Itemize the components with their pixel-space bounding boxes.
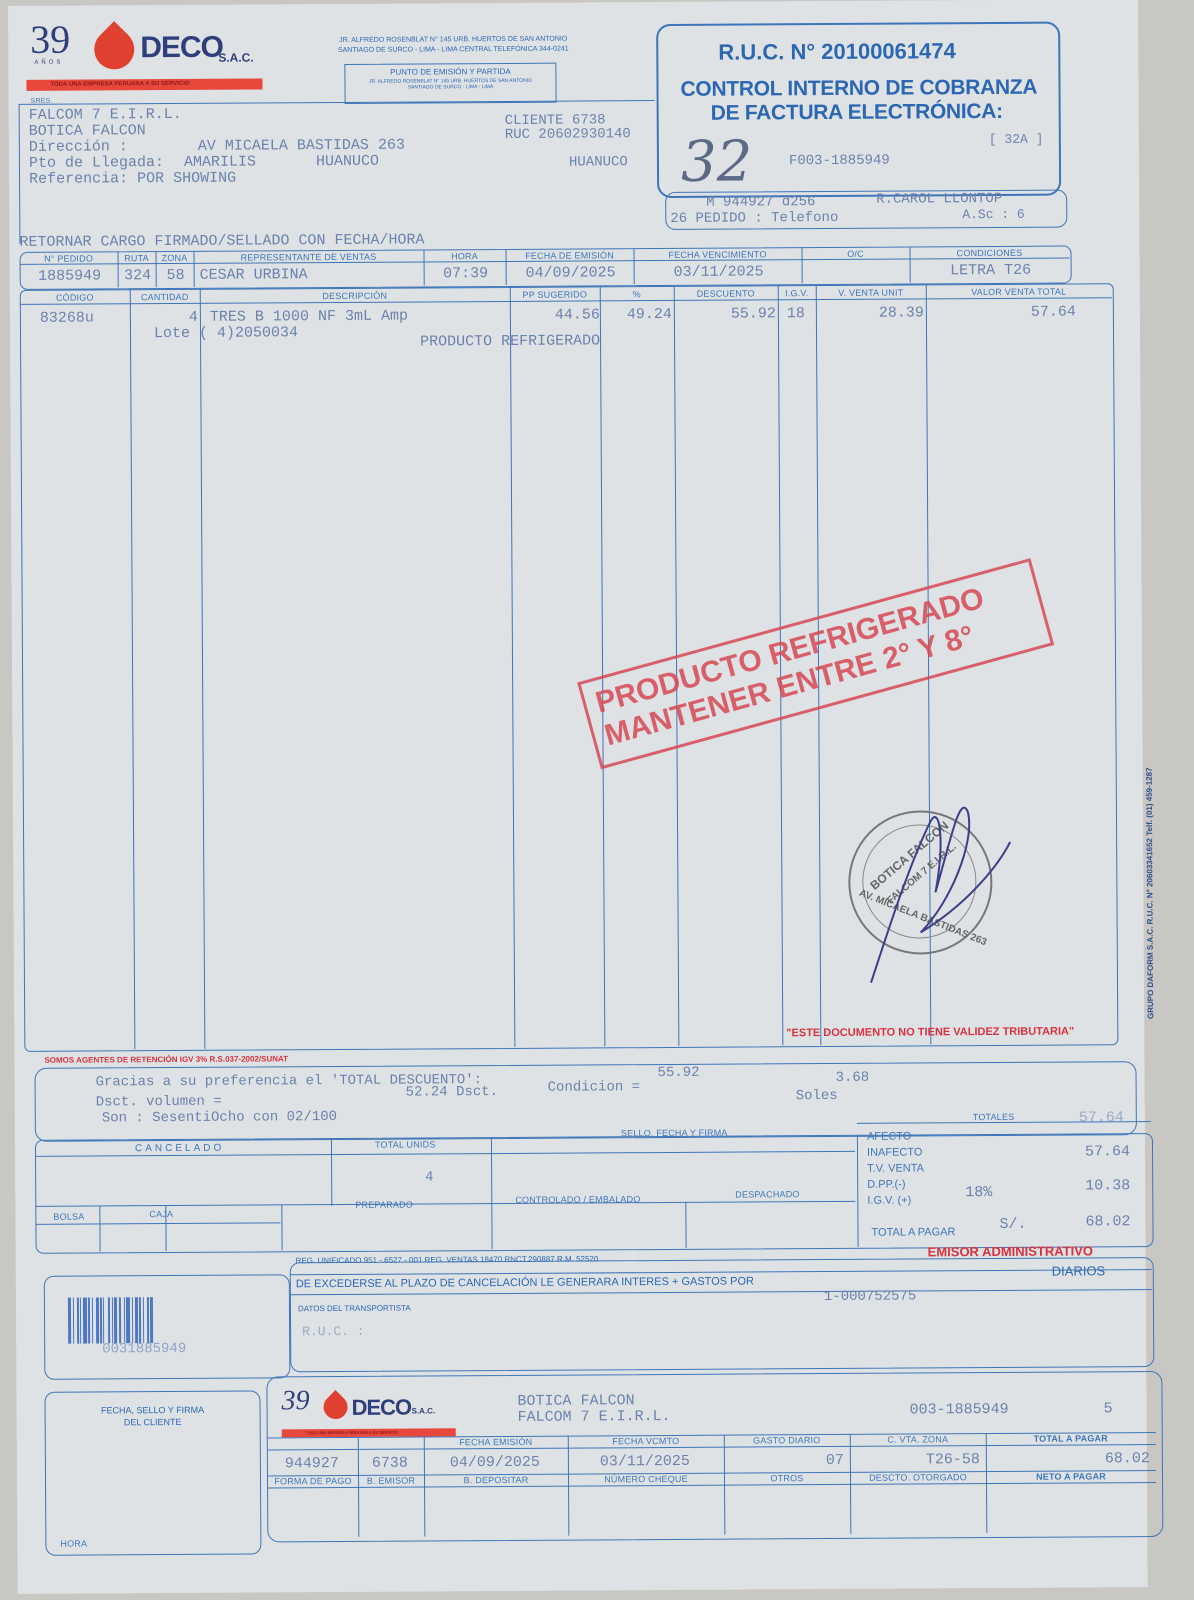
- stub-value: 6738: [362, 1455, 418, 1472]
- client-sign-label-2: DEL CLIENTE: [46, 1415, 260, 1428]
- validity-note: "ESTE DOCUMENTO NO TIENE VALIDEZ TRIBUTA…: [786, 1026, 1074, 1040]
- order-rep: R.CAROL LLONTOP: [876, 191, 1002, 208]
- stub-header: GASTO DIARIO: [724, 1435, 850, 1446]
- order-header-label: FECHA VENCIMIENTO: [634, 249, 802, 260]
- customer-reference-row: Referencia: POR SHOWING: [29, 170, 405, 188]
- order-asc: A.Sc : 6: [962, 207, 1025, 222]
- printer-side-text: GRUPO DAFORM S.A.C. R.U.C. N° 2060334165…: [1145, 767, 1156, 1019]
- items-header-1: CANTIDAD: [130, 292, 200, 302]
- stub-logo-suffix: S.A.C.: [412, 1406, 436, 1415]
- order-info-box: M 944927 d256 R.CAROL LLONTOP 26 PEDIDO …: [665, 190, 1067, 230]
- sello-label: SELLO, FECHA Y FIRMA: [621, 1128, 728, 1139]
- registry-line: REG. UNIFICADO 951 - 6527 - 001 REG. VEN…: [296, 1254, 599, 1265]
- order-header-label: FECHA DE EMISIÓN: [506, 250, 634, 261]
- notes-box: Gracias a su preferencia el 'TOTAL DESCU…: [34, 1061, 1136, 1142]
- stub-doc-suffix: 5: [1104, 1400, 1113, 1417]
- stub-header: NÚMERO CHEQUE: [568, 1474, 724, 1485]
- handwritten-number: 32: [681, 129, 753, 194]
- stub-name-line2: FALCOM 7 E.I.R.L.: [518, 1409, 671, 1426]
- barcode-number: 0031885949: [102, 1341, 186, 1358]
- item-descripcion: TRES B 1000 NF 3mL Amp: [210, 307, 510, 326]
- logo-tagline: TODA UNA EMPRESA PERUANA A SU SERVICIO: [26, 78, 262, 90]
- items-header-6: I.G.V.: [778, 288, 816, 298]
- dpp-label: D.PP.(-): [867, 1176, 924, 1192]
- notes-total-descuento: 55.92: [657, 1065, 699, 1081]
- notes-condicion: Condicion =: [548, 1079, 641, 1096]
- transportista-code: 1-000752575: [824, 1288, 917, 1305]
- stub-header: FECHA EMISIÓN: [424, 1437, 568, 1448]
- item-descuento: 55.92: [674, 305, 776, 323]
- igv-label: I.G.V. (+): [867, 1192, 924, 1208]
- return-note: RETORNAR CARGO FIRMADO/SELLADO CON FECHA…: [19, 231, 424, 250]
- referencia-label: Referencia:: [29, 170, 128, 188]
- stub-value: 04/09/2025: [428, 1454, 562, 1472]
- order-header-label: REPRESENTANTE DE VENTAS: [194, 251, 424, 262]
- tv-venta-label: T.V. VENTA: [867, 1160, 924, 1176]
- despachado-label: DESPACHADO: [735, 1189, 799, 1199]
- signature-icon: [850, 782, 1021, 993]
- items-header-4: %: [600, 289, 674, 299]
- igv-rate: 18%: [965, 1184, 992, 1201]
- stub-header: FECHA VCMTO: [568, 1436, 724, 1447]
- transportista-ruc-label: R.U.C. :: [302, 1324, 365, 1339]
- ruc-box: R.U.C. N° 20100061474 CONTROL INTERNO DE…: [656, 22, 1061, 198]
- stub-grid: 944927FORMA DE PAGO6738B. EMISORFECHA EM…: [267, 1372, 1161, 1377]
- stub-logo-drop-icon: [319, 1390, 353, 1424]
- caja-label: CAJA: [149, 1209, 173, 1219]
- address-line: SANTIAGO DE SURCO - LIMA - LIMA CENTRAL …: [308, 44, 598, 56]
- preparado-label: PREPARADO: [355, 1200, 413, 1210]
- item-codigo: 83268u: [40, 309, 130, 327]
- items-header-8: VALOR VENTA TOTAL: [926, 286, 1112, 297]
- ruc-number: R.U.C. N° 20100061474: [718, 38, 956, 65]
- notes-condicion-value: 3.68: [836, 1070, 870, 1086]
- customer-block: FALCOM 7 E.I.R.L. BOTICA FALCON Direcció…: [29, 106, 406, 188]
- items-header-5: DESCUENTO: [674, 288, 778, 299]
- client-sign-label: FECHA, SELLO Y FIRMA DEL CLIENTE: [46, 1403, 260, 1428]
- total-currency: S/.: [999, 1216, 1026, 1233]
- stub-box: 39 DECO S.A.C. TODA UNA EMPRESA PERUANA …: [266, 1371, 1163, 1542]
- item-nota: PRODUCTO REFRIGERADO: [420, 332, 600, 350]
- order-header-label: O/C: [802, 248, 910, 259]
- order-header-value: 04/09/2025: [512, 264, 630, 282]
- customer-ruc: RUC 20602930140: [505, 126, 631, 143]
- stub-header: OTROS: [724, 1473, 850, 1484]
- stub-value: 68.02: [990, 1450, 1150, 1468]
- llegada-city: HUANUCO: [316, 153, 379, 170]
- grid-divider: [99, 1205, 101, 1251]
- totals-header: TOTALES: [973, 1112, 1015, 1122]
- inafecto-value: 57.64: [1085, 1143, 1130, 1160]
- direccion-label: Dirección :: [29, 138, 128, 156]
- order-header-value: LETRA T26: [916, 262, 1066, 280]
- inafecto-label: INAFECTO: [867, 1144, 924, 1160]
- ruc-title-line1: CONTROL INTERNO DE COBRANZA: [680, 76, 1037, 102]
- transportista-label: DATOS DEL TRANSPORTISTA: [298, 1304, 411, 1314]
- barcode-icon: [68, 1296, 273, 1343]
- stub-header: B. EMISOR: [358, 1475, 424, 1485]
- order-line1: M 944927 d256: [706, 194, 815, 211]
- totals-labels: AFECTO INAFECTO T.V. VENTA D.PP.(-) I.G.…: [867, 1128, 924, 1208]
- stub-value: 07: [728, 1452, 844, 1470]
- order-header-value: 07:39: [430, 265, 502, 282]
- customer-top-line: [19, 100, 655, 105]
- grid-divider: [685, 1202, 687, 1248]
- total-units-label: TOTAL UNIDS: [375, 1139, 436, 1149]
- order-header-value: 1885949: [26, 267, 114, 285]
- logo-drop-icon: [86, 21, 143, 78]
- order-header-label: CONDICIONES: [909, 248, 1069, 259]
- order-header-value: 58: [162, 267, 190, 284]
- diarios-label: DIARIOS: [1052, 1263, 1106, 1278]
- item-valor-venta-total: 57.64: [926, 303, 1076, 321]
- stub-column-divider: [986, 1433, 988, 1533]
- retention-note: SOMOS AGENTES DE RETENCIÓN IGV 3% R.S.03…: [44, 1054, 288, 1064]
- llegada-value: AMARILIS: [184, 153, 256, 170]
- stub-value: 03/11/2025: [572, 1453, 718, 1471]
- stub-header: NETO A PAGAR: [986, 1471, 1156, 1482]
- emission-point-title: PUNTO DE EMISIÓN Y PARTIDA: [345, 67, 555, 77]
- order-header-label: ZONA: [156, 253, 194, 263]
- total-units-value: 4: [425, 1169, 434, 1185]
- stub-value: 944927: [272, 1455, 352, 1472]
- emission-point-box: PUNTO DE EMISIÓN Y PARTIDA JR. ALFREDO R…: [344, 63, 556, 104]
- company-address: JR. ALFREDO ROSENBLAT N° 145 URB. HUERTO…: [308, 34, 598, 56]
- bolsa-label: BOLSA: [53, 1212, 84, 1222]
- order-header-value: 03/11/2025: [640, 263, 798, 281]
- barcode-bar: [153, 1297, 154, 1343]
- customer-city: HUANUCO: [569, 154, 628, 170]
- items-header-0: CÓDIGO: [20, 292, 130, 303]
- invoice-document: 39 AÑOS DECO S.A.C. TODA UNA EMPRESA PER…: [8, 0, 1148, 1594]
- logo-suffix: S.A.C.: [218, 51, 253, 65]
- item-v-venta-unit: 28.39: [816, 304, 924, 322]
- item-lote: Lote ( 4)2050034: [154, 324, 298, 342]
- items-header-2: DESCRIPCIÓN: [200, 290, 510, 302]
- order-header-value: 324: [124, 267, 152, 284]
- stub-header: FORMA DE PAGO: [268, 1476, 358, 1487]
- order-header-label: N° PEDIDO: [20, 253, 118, 264]
- totals-top-value: 57.64: [1079, 1109, 1124, 1126]
- igv-value: 10.38: [1085, 1177, 1130, 1194]
- stub-header: DESCTO. OTORGADO: [850, 1472, 986, 1483]
- ruc-title-line2: DE FACTURA ELECTRÓNICA:: [711, 100, 1003, 126]
- item-igv: 18: [776, 305, 816, 322]
- notes-amount-words: Son : SesentiOcho con 02/100: [102, 1109, 337, 1126]
- total-label: TOTAL A PAGAR: [871, 1226, 955, 1239]
- logo-name: DECO: [140, 31, 223, 66]
- stub-header: B. DEPOSITAR: [424, 1475, 568, 1486]
- order-header-label: HORA: [424, 251, 506, 262]
- stub-header: C. VTA. ZONA: [850, 1434, 986, 1445]
- stub-header: TOTAL A PAGAR: [986, 1433, 1156, 1444]
- stub-doc-number: 003-1885949: [910, 1401, 1009, 1419]
- controlado-label: CONTROLADO / EMBALADO: [515, 1194, 640, 1205]
- stub-logo-years: 39: [281, 1385, 309, 1417]
- pharmacy-seal: BOTICA FALCON FALCOM 7 E.I.R.L. AV. MICA…: [848, 810, 993, 955]
- afecto-label: AFECTO: [867, 1128, 924, 1144]
- order-header-value: CESAR URBINA: [200, 265, 420, 283]
- grid-divider: [281, 1204, 283, 1250]
- total-value: 68.02: [1085, 1213, 1130, 1230]
- referencia-value: POR SHOWING: [137, 170, 236, 188]
- item-pp-sugerido: 44.56: [500, 306, 600, 324]
- notes-dsct-volumen: 52.24 Dsct.: [406, 1084, 499, 1101]
- company-logo: 39 AÑOS DECO S.A.C. TODA UNA EMPRESA PER…: [22, 12, 262, 93]
- stub-logo-name: DECO: [351, 1395, 411, 1421]
- customer-left-border: [19, 104, 21, 244]
- notes-currency: Soles: [796, 1088, 838, 1104]
- items-table: CÓDIGOCANTIDADDESCRIPCIÓNPP SUGERIDO%DES…: [8, 0, 1138, 6]
- cancelado-label: CANCELADO: [135, 1143, 224, 1155]
- items-header-3: PP SUGERIDO: [510, 289, 600, 300]
- item-cantidad: 4: [130, 309, 198, 326]
- order-header-row: N° PEDIDO1885949RUTA324ZONA58REPRESENTAN…: [8, 0, 1138, 6]
- items-header-7: V. VENTA UNIT: [816, 287, 926, 298]
- stub-name: BOTICA FALCON FALCOM 7 E.I.R.L.: [517, 1393, 670, 1426]
- order-line2: 26 PEDIDO : Telefono: [670, 210, 838, 227]
- ruc-code-bracket: [ 32A ]: [989, 132, 1044, 147]
- notes-line2: Dsct. volumen =: [96, 1094, 222, 1111]
- invoice-number: F003-1885949: [789, 153, 890, 170]
- hora-label: HORA: [60, 1539, 87, 1549]
- logo-years-sub: AÑOS: [34, 60, 63, 66]
- client-sign-box: FECHA, SELLO Y FIRMA DEL CLIENTE HORA: [44, 1390, 261, 1555]
- order-header-label: RUTA: [118, 253, 156, 263]
- stub-value: T26-58: [854, 1451, 980, 1469]
- item-porcentaje: 49.24: [600, 306, 672, 323]
- logo-years: 39: [30, 16, 70, 63]
